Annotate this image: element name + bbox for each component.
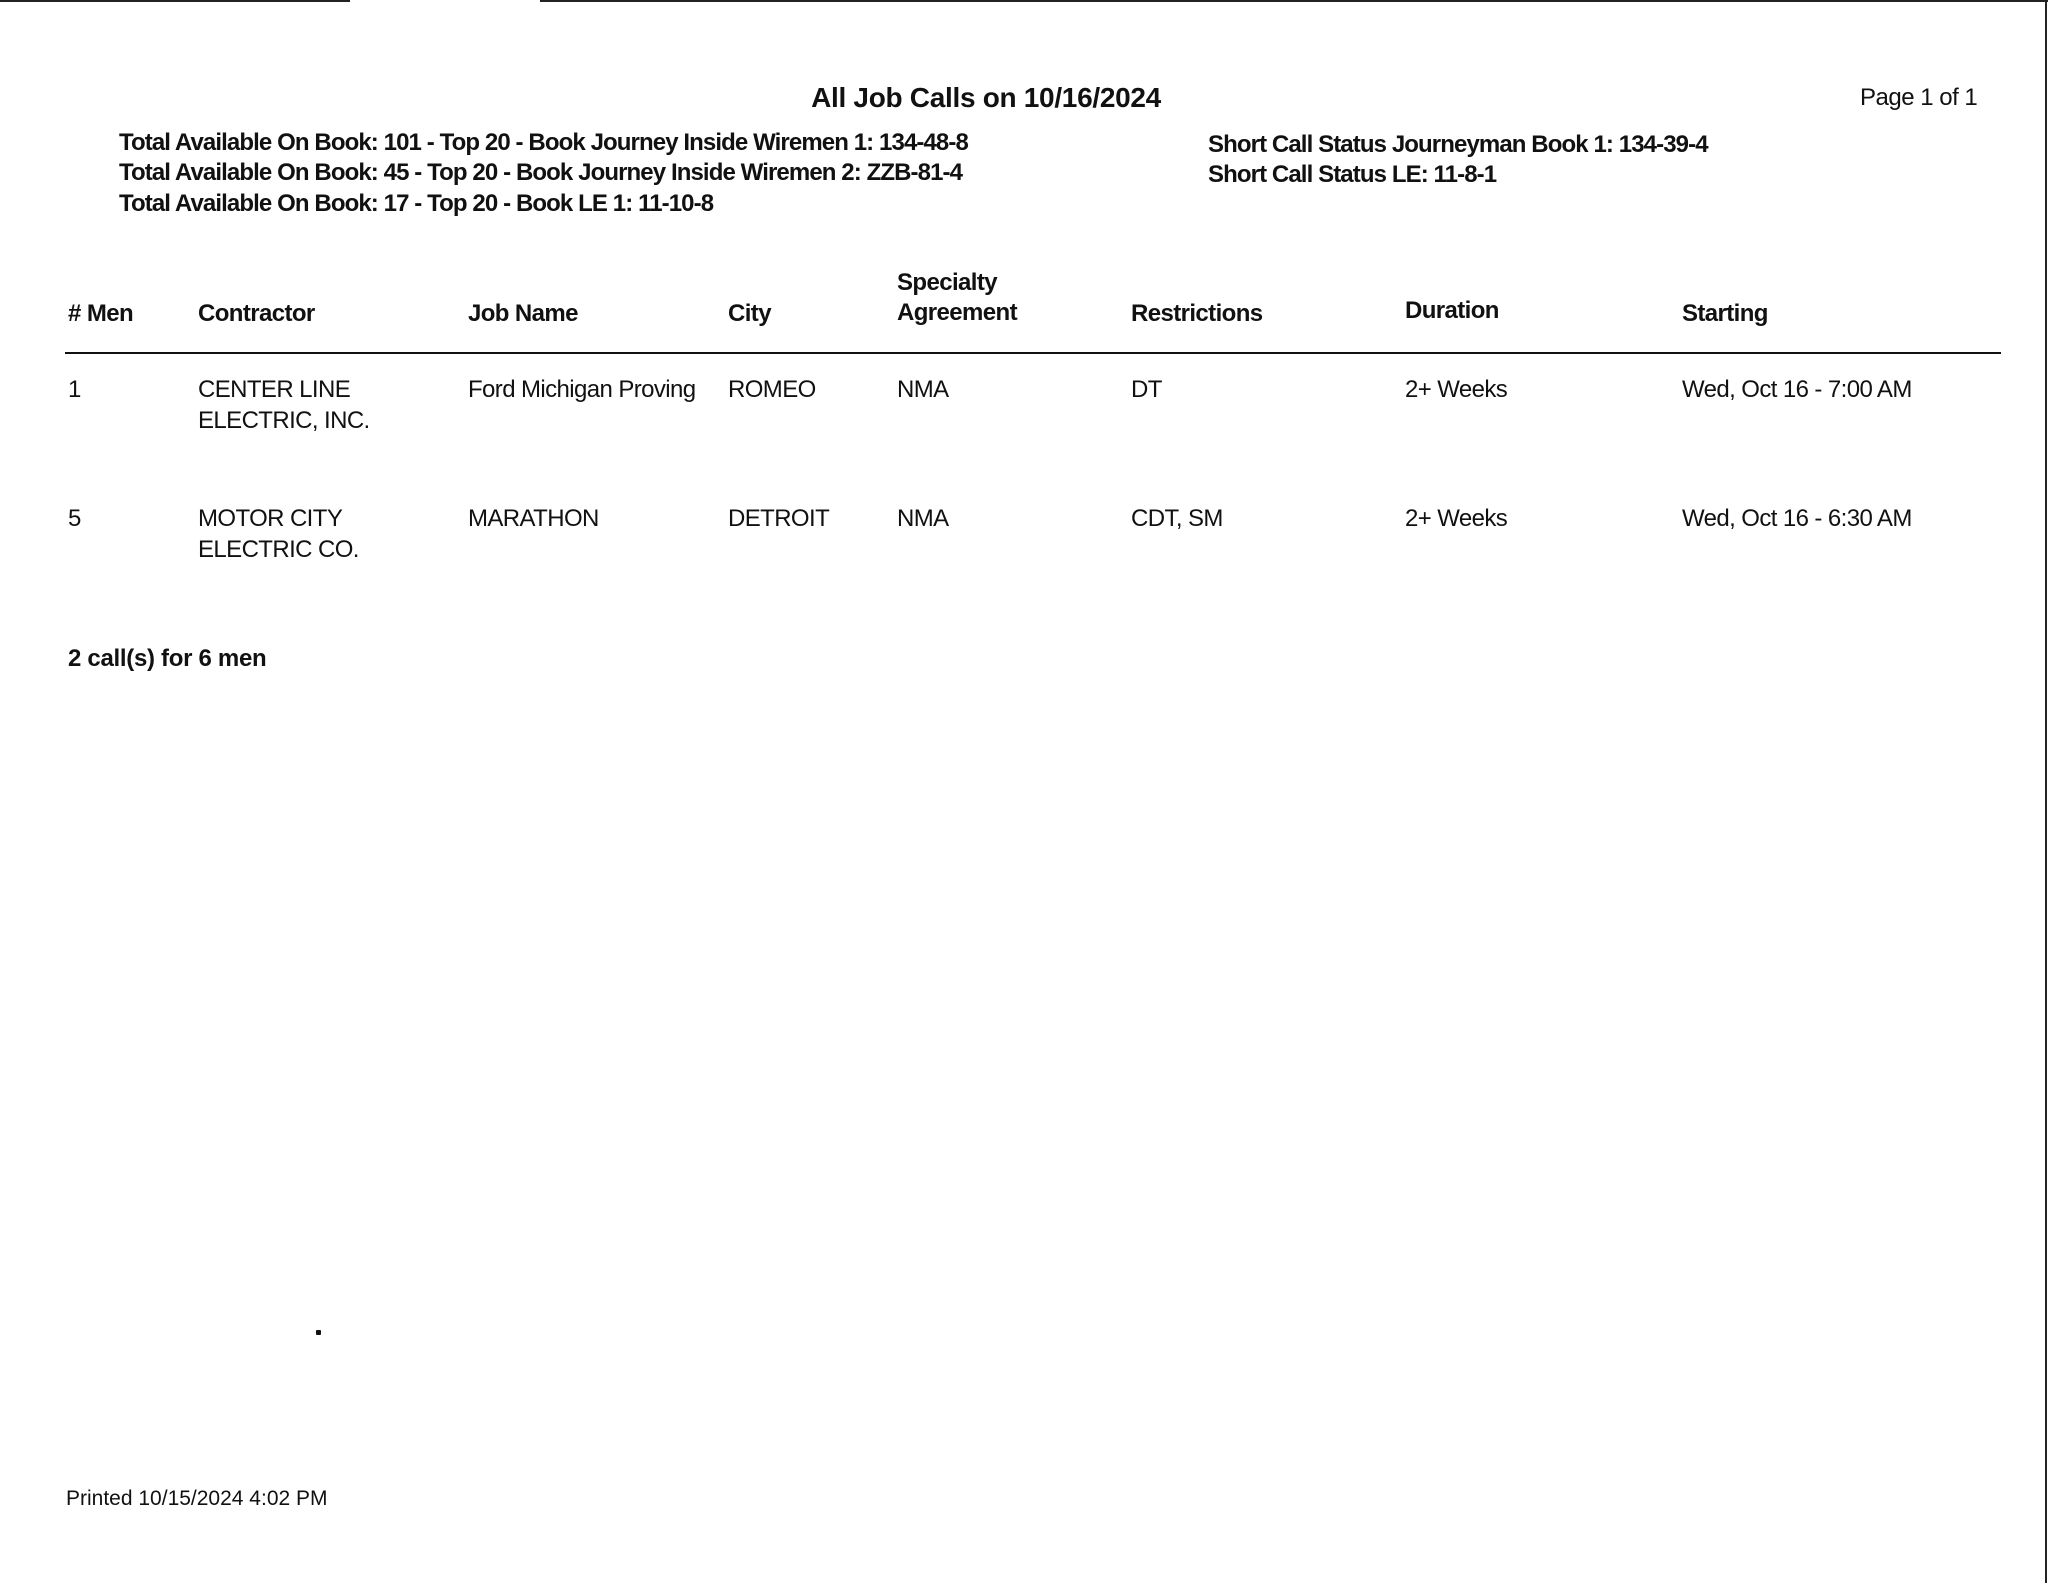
cell-job-name: Ford Michigan Proving [468,374,696,405]
contractor-line2: ELECTRIC, INC. [198,405,370,436]
short-call-status-line: Short Call Status Journeyman Book 1: 134… [1208,131,1708,159]
cell-contractor: MOTOR CITY ELECTRIC CO. [198,503,359,565]
book-status-line: Total Available On Book: 101 - Top 20 - … [119,129,968,157]
column-header-specialty-line1: Specialty [897,268,1017,298]
book-status-line: Total Available On Book: 17 - Top 20 - B… [119,190,713,218]
scan-speck [316,1330,321,1335]
cell-men: 1 [68,374,81,405]
column-header-duration: Duration [1405,296,1499,326]
column-header-job-name: Job Name [468,299,578,329]
printed-timestamp: Printed 10/15/2024 4:02 PM [66,1487,328,1511]
cell-job-name: MARATHON [468,503,599,534]
cell-specialty-agreement: NMA [897,503,949,534]
column-header-starting: Starting [1682,299,1768,329]
cell-contractor: CENTER LINE ELECTRIC, INC. [198,374,370,436]
scan-top-edge [540,0,2048,2]
contractor-line1: MOTOR CITY [198,503,359,534]
contractor-line2: ELECTRIC CO. [198,534,359,565]
column-header-contractor: Contractor [198,299,315,329]
calls-summary: 2 call(s) for 6 men [68,645,266,673]
cell-restrictions: DT [1131,374,1162,405]
cell-duration: 2+ Weeks [1405,374,1507,405]
cell-duration: 2+ Weeks [1405,503,1507,534]
cell-restrictions: CDT, SM [1131,503,1223,534]
book-status-line: Total Available On Book: 45 - Top 20 - B… [119,159,962,187]
cell-city: ROMEO [728,374,816,405]
header-rule [65,352,2001,354]
report-title: All Job Calls on 10/16/2024 [0,82,2048,114]
column-header-city: City [728,299,771,329]
scan-top-edge [0,0,350,2]
column-header-specialty-agreement: Specialty Agreement [897,268,1017,328]
cell-men: 5 [68,503,81,534]
short-call-status-line: Short Call Status LE: 11-8-1 [1208,161,1496,189]
cell-starting: Wed, Oct 16 - 6:30 AM [1682,503,1912,534]
contractor-line1: CENTER LINE [198,374,370,405]
page-number: Page 1 of 1 [1860,84,1977,112]
column-header-restrictions: Restrictions [1131,299,1263,329]
cell-starting: Wed, Oct 16 - 7:00 AM [1682,374,1912,405]
cell-specialty-agreement: NMA [897,374,949,405]
column-header-men: # Men [68,299,133,329]
column-header-specialty-line2: Agreement [897,298,1017,328]
scan-right-edge [2045,0,2047,1583]
cell-city: DETROIT [728,503,829,534]
